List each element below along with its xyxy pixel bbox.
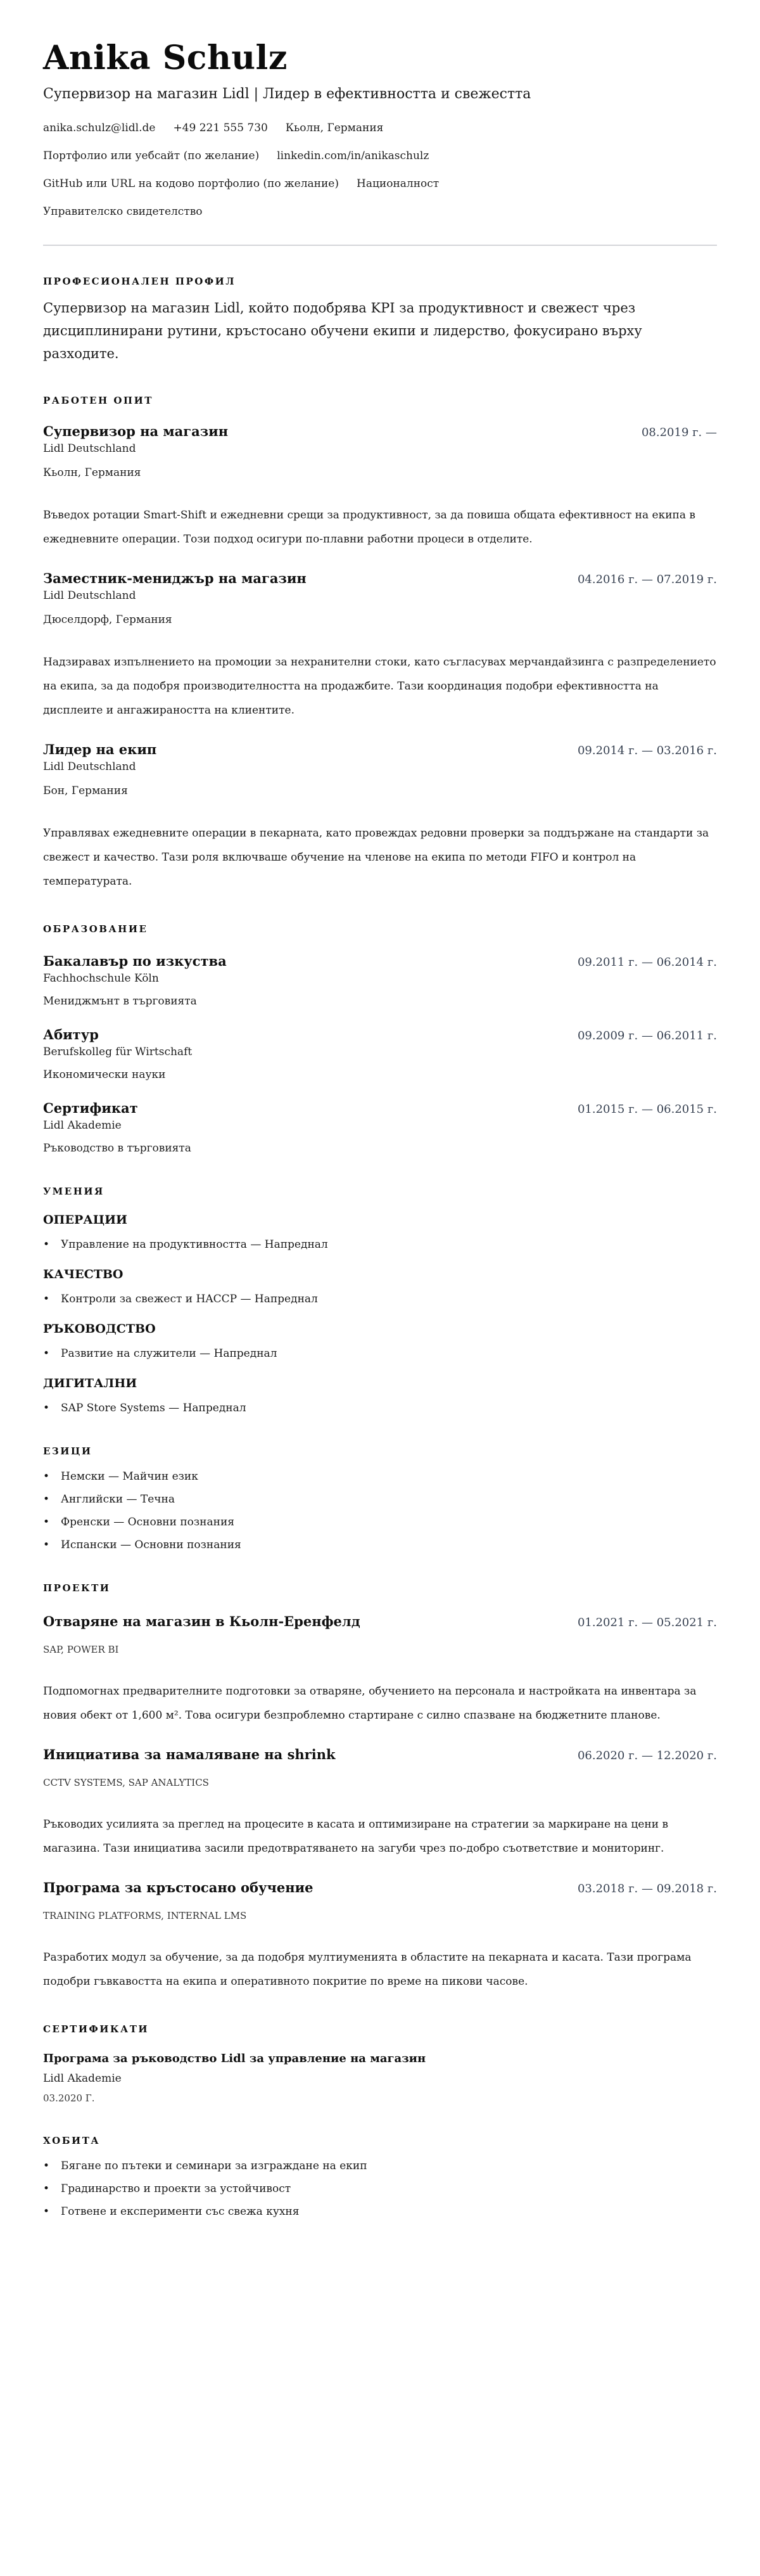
degree-title: Бакалавър по изкуства [43, 952, 227, 971]
job-dates: 04.2016 г. — 07.2019 г. [578, 572, 717, 588]
education-entry: Сертификат 01.2015 г. — 06.2015 г. Lidl … [43, 1099, 717, 1156]
contact-row: Портфолио или уебсайт (по желание) linke… [43, 148, 717, 163]
contact-license: Управителско свидетелство [43, 204, 203, 219]
job-title: Супервизор на магазин [43, 422, 228, 441]
hobby-item: Бягане по пътеки и семинари за изграждан… [43, 2158, 717, 2174]
certificate-entry: Програма за ръководство Lidl за управлен… [43, 2051, 717, 2105]
school-name: Lidl Akademie [43, 1118, 717, 1133]
project-name: Отваряне на магазин в Кьолн-Еренфелд [43, 1612, 360, 1631]
hobbies-section: ХОБИТА Бягане по пътеки и семинари за из… [43, 2134, 717, 2219]
skill-list: Управление на продуктивността — Напредна… [43, 1237, 717, 1252]
hobby-item: Градинарство и проекти за устойчивост [43, 2181, 717, 2196]
field-of-study: Икономически науки [43, 1067, 717, 1082]
hobby-item: Готвене и експерименти със свежа кухня [43, 2204, 717, 2219]
job-location: Дюселдорф, Германия [43, 612, 717, 627]
job-location: Кьолн, Германия [43, 465, 717, 480]
education-dates: 09.2011 г. — 06.2014 г. [578, 954, 717, 971]
degree-title: Абитур [43, 1025, 99, 1044]
language-item: Немски — Майчин език [43, 1469, 717, 1484]
company-name: Lidl Deutschland [43, 441, 717, 456]
experience-entry: Лидер на екип 09.2014 г. — 03.2016 г. Li… [43, 740, 717, 894]
job-location: Бон, Германия [43, 783, 717, 798]
skill-group: РЪКОВОДСТВО Развитие на служители — Напр… [43, 1321, 717, 1361]
skill-group: ДИГИТАЛНИ SAP Store Systems — Напреднал [43, 1375, 717, 1416]
project-description: Ръководих усилията за преглед на процеси… [43, 1812, 717, 1861]
project-tags: SAP, POWER BI [43, 1643, 717, 1656]
certificate-name: Програма за ръководство Lidl за управлен… [43, 2051, 717, 2067]
contact-row: Управителско свидетелство [43, 204, 717, 219]
contact-nationality: Националност [357, 176, 439, 191]
language-item: Испански — Основни познания [43, 1537, 717, 1553]
school-name: Fachhochschule Köln [43, 971, 717, 986]
project-tags: TRAINING PLATFORMS, INTERNAL LMS [43, 1909, 717, 1923]
project-tags: CCTV SYSTEMS, SAP ANALYTICS [43, 1776, 717, 1790]
education-section: ОБРАЗОВАНИЕ Бакалавър по изкуства 09.201… [43, 923, 717, 1156]
project-dates: 06.2020 г. — 12.2020 г. [578, 1748, 717, 1764]
job-title: Лидер на екип [43, 740, 156, 759]
school-name: Berufskolleg für Wirtschaft [43, 1044, 717, 1060]
candidate-headline: Супервизор на магазин Lidl | Лидер в ефе… [43, 85, 717, 104]
section-title: ХОБИТА [43, 2134, 717, 2147]
job-dates: 09.2014 г. — 03.2016 г. [578, 743, 717, 759]
field-of-study: Ръководство в търговията [43, 1141, 717, 1156]
section-title: УМЕНИЯ [43, 1185, 717, 1198]
languages-section: ЕЗИЦИ Немски — Майчин език Английски — Т… [43, 1445, 717, 1553]
project-dates: 01.2021 г. — 05.2021 г. [578, 1615, 717, 1631]
language-item: Английски — Течна [43, 1492, 717, 1507]
skill-group: КАЧЕСТВО Контроли за свежест и HACCP — Н… [43, 1266, 717, 1307]
job-description: Надзиравах изпълнението на промоции за н… [43, 650, 717, 722]
section-title: ПРОФЕСИОНАЛЕН ПРОФИЛ [43, 275, 717, 288]
section-title: СЕРТИФИКАТИ [43, 2023, 717, 2035]
experience-section: РАБОТЕН ОПИТ Супервизор на магазин 08.20… [43, 394, 717, 894]
experience-entry: Заместник-мениджър на магазин 04.2016 г.… [43, 569, 717, 722]
skill-group-title: РЪКОВОДСТВО [43, 1321, 717, 1337]
job-dates: 08.2019 г. — [642, 425, 717, 441]
contact-github[interactable]: GitHub или URL на кодово портфолио (по ж… [43, 176, 339, 191]
section-title: ОБРАЗОВАНИЕ [43, 923, 717, 935]
skill-item: Контроли за свежест и HACCP — Напреднал [43, 1291, 717, 1307]
profile-summary: Супервизор на магазин Lidl, който подобр… [43, 297, 717, 365]
education-dates: 09.2009 г. — 06.2011 г. [578, 1028, 717, 1044]
company-name: Lidl Deutschland [43, 759, 717, 774]
project-entry: Програма за кръстосано обучение 03.2018 … [43, 1878, 717, 1994]
job-description: Управлявах ежедневните операции в пекарн… [43, 821, 717, 894]
education-dates: 01.2015 г. — 06.2015 г. [578, 1101, 717, 1118]
certificate-issuer: Lidl Akademie [43, 2071, 717, 2086]
skills-section: УМЕНИЯ ОПЕРАЦИИ Управление на продуктивн… [43, 1185, 717, 1416]
skill-group-title: ОПЕРАЦИИ [43, 1212, 717, 1228]
language-list: Немски — Майчин език Английски — Течна Ф… [43, 1469, 717, 1553]
field-of-study: Мениджмънт в търговията [43, 994, 717, 1009]
project-entry: Инициатива за намаляване на shrink 06.20… [43, 1745, 717, 1861]
header-divider [43, 245, 717, 246]
contact-email[interactable]: anika.schulz@lidl.de [43, 120, 155, 136]
skill-list: Контроли за свежест и HACCP — Напреднал [43, 1291, 717, 1307]
contact-linkedin[interactable]: linkedin.com/in/anikaschulz [277, 148, 429, 163]
contact-row: GitHub или URL на кодово портфолио (по ж… [43, 176, 717, 191]
project-entry: Отваряне на магазин в Кьолн-Еренфелд 01.… [43, 1612, 717, 1727]
language-item: Френски — Основни познания [43, 1515, 717, 1530]
resume-page: Anika Schulz Супервизор на магазин Lidl … [0, 0, 760, 2245]
project-name: Програма за кръстосано обучение [43, 1878, 313, 1897]
section-title: ЕЗИЦИ [43, 1445, 717, 1458]
section-title: ПРОЕКТИ [43, 1582, 717, 1594]
contact-phone[interactable]: +49 221 555 730 [173, 120, 267, 136]
skill-group: ОПЕРАЦИИ Управление на продуктивността —… [43, 1212, 717, 1252]
skill-group-title: ДИГИТАЛНИ [43, 1375, 717, 1392]
education-entry: Абитур 09.2009 г. — 06.2011 г. Berufskol… [43, 1025, 717, 1082]
project-name: Инициатива за намаляване на shrink [43, 1745, 336, 1764]
education-entry: Бакалавър по изкуства 09.2011 г. — 06.20… [43, 952, 717, 1009]
contact-row: anika.schulz@lidl.de +49 221 555 730 Кьо… [43, 120, 717, 136]
contact-location: Кьолн, Германия [286, 120, 384, 136]
project-description: Подпомогнах предварителните подготовки з… [43, 1679, 717, 1727]
candidate-name: Anika Schulz [43, 38, 717, 79]
degree-title: Сертификат [43, 1099, 138, 1118]
skill-list: Развитие на служители — Напреднал [43, 1346, 717, 1361]
project-description: Разработих модул за обучение, за да подо… [43, 1945, 717, 1994]
skill-item: Управление на продуктивността — Напредна… [43, 1237, 717, 1252]
projects-section: ПРОЕКТИ Отваряне на магазин в Кьолн-Ерен… [43, 1582, 717, 1994]
hobby-list: Бягане по пътеки и семинари за изграждан… [43, 2158, 717, 2219]
company-name: Lidl Deutschland [43, 588, 717, 603]
contact-info: anika.schulz@lidl.de +49 221 555 730 Кьо… [43, 120, 717, 219]
skill-group-title: КАЧЕСТВО [43, 1266, 717, 1283]
certificate-date: 03.2020 г. [43, 2091, 717, 2105]
project-dates: 03.2018 г. — 09.2018 г. [578, 1881, 717, 1897]
section-title: РАБОТЕН ОПИТ [43, 394, 717, 407]
contact-portfolio[interactable]: Портфолио или уебсайт (по желание) [43, 148, 259, 163]
certificates-section: СЕРТИФИКАТИ Програма за ръководство Lidl… [43, 2023, 717, 2105]
skill-item: Развитие на служители — Напреднал [43, 1346, 717, 1361]
profile-section: ПРОФЕСИОНАЛЕН ПРОФИЛ Супервизор на магаз… [43, 275, 717, 365]
resume-header: Anika Schulz Супервизор на магазин Lidl … [43, 38, 717, 219]
job-title: Заместник-мениджър на магазин [43, 569, 307, 588]
job-description: Въведох ротации Smart-Shift и ежедневни … [43, 503, 717, 551]
skill-list: SAP Store Systems — Напреднал [43, 1400, 717, 1416]
skill-item: SAP Store Systems — Напреднал [43, 1400, 717, 1416]
experience-entry: Супервизор на магазин 08.2019 г. — Lidl … [43, 422, 717, 551]
